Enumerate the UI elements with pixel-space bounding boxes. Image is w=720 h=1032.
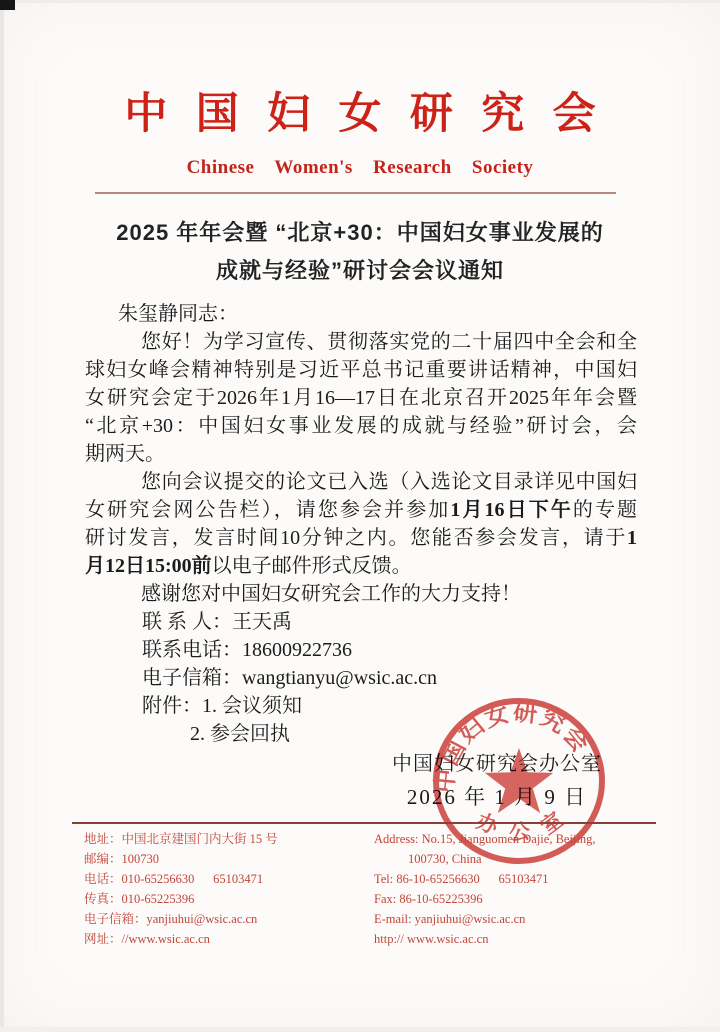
footer-postcode-cn: 邮编：100730 — [84, 849, 362, 869]
text-segment: 女研究会定于2026年1月16—17日在北京召开2025年年会暨 — [85, 387, 637, 409]
body-line-3: 女研究会定于2026年1月16—17日在北京召开2025年年会暨 — [85, 384, 637, 412]
footer-address-en-2: 100730, China — [374, 849, 596, 869]
text-segment: 2. 参会回执 — [190, 723, 290, 745]
body-line-7: 女研究会网公告栏），请您参会并参加1月16日下午的专题 — [85, 496, 637, 524]
document-page: 中国妇女研究会 Chinese Women's Research Society… — [0, 0, 720, 1032]
footer-phone-cn: 电话：010-65256630 65103471 — [84, 869, 362, 889]
footer-website-en: http:// www.wsic.ac.cn — [374, 929, 596, 949]
text-segment: 期两天。 — [85, 443, 165, 465]
photo-edge-top — [0, 0, 720, 3]
footer-left-column: 地址：中国北京建国门内大街 15 号 邮编：100730 电话：010-6525… — [84, 829, 362, 949]
body-line-9: 月12日15:00前以电子邮件形式反馈。 — [85, 552, 637, 580]
text-segment: 感谢您对中国妇女研究会工作的大力支持！ — [141, 583, 521, 605]
letterhead-rule — [95, 192, 616, 194]
text-segment: 朱玺静同志： — [118, 303, 238, 325]
body-line-2: 球妇女峰会精神特别是习近平总书记重要讲话精神，中国妇 — [85, 356, 637, 384]
contact-phone-line: 联系电话：18600922736 — [85, 636, 637, 664]
text-segment: 联系电话：18600922736 — [142, 639, 352, 661]
salutation: 朱玺静同志： — [85, 300, 637, 328]
body-line-6: 您向会议提交的论文已入选（入选论文目录详见中国妇 — [85, 468, 637, 496]
text-segment: 研讨发言，发言时间10分钟之内。您能否参会发言，请于 — [85, 527, 627, 549]
text-segment: 以电子邮件形式反馈。 — [212, 555, 412, 577]
bold-date-segment: 1 — [627, 527, 637, 549]
notice-body: 朱玺静同志： 您好！为学习宣传、贯彻落实党的二十届四中全会和全 球妇女峰会精神特… — [85, 300, 637, 748]
footer-website-cn: 网址：//www.wsic.ac.cn — [84, 929, 362, 949]
text-segment: 您好！为学习宣传、贯彻落实党的二十届四中全会和全 — [141, 331, 637, 353]
contact-person-line: 联 系 人：王天禹 — [85, 608, 637, 636]
footer-right-column: Address: No.15, Jianguomen Dajie, Beijin… — [374, 829, 596, 949]
thanks-line: 感谢您对中国妇女研究会工作的大力支持！ — [85, 580, 637, 608]
notice-title-line1: 2025 年年会暨 “北京+30：中国妇女事业发展的 — [0, 214, 720, 252]
body-line-8: 研讨发言，发言时间10分钟之内。您能否参会发言，请于1 — [85, 524, 637, 552]
letterhead-footer: 地址：中国北京建国门内大街 15 号 邮编：100730 电话：010-6525… — [0, 822, 720, 949]
contact-email-line: 电子信箱：wangtianyu@wsic.ac.cn — [85, 664, 637, 692]
footer-address-en: Address: No.15, Jianguomen Dajie, Beijin… — [374, 829, 596, 849]
bold-date-segment: 1月16日下午 — [450, 499, 572, 521]
org-title-english: Chinese Women's Research Society — [0, 156, 720, 180]
star-icon — [485, 748, 553, 813]
footer-email-cn: 电子信箱：yanjiuhui@wsic.ac.cn — [84, 909, 362, 929]
footer-address-cn: 地址：中国北京建国门内大街 15 号 — [84, 829, 362, 849]
text-segment: 电子信箱：wangtianyu@wsic.ac.cn — [142, 667, 437, 689]
text-segment: 附件：1. 会议须知 — [142, 695, 302, 717]
photo-corner-mark — [0, 0, 15, 10]
body-line-4: “北京+30：中国妇女事业发展的成就与经验”研讨会，会 — [85, 412, 637, 440]
text-segment: 联 系 人：王天禹 — [142, 611, 292, 633]
notice-title: 2025 年年会暨 “北京+30：中国妇女事业发展的 成就与经验”研讨会会议通知 — [0, 214, 720, 290]
bold-date-segment: 月12日15:00前 — [85, 555, 212, 577]
footer-fax-en: Fax: 86-10-65225396 — [374, 889, 596, 909]
text-segment: 女研究会网公告栏），请您参会并参加 — [85, 499, 450, 521]
text-segment: 您向会议提交的论文已入选（入选论文目录详见中国妇 — [141, 471, 637, 493]
text-segment: 球妇女峰会精神特别是习近平总书记重要讲话精神，中国妇 — [85, 359, 637, 381]
body-line-1: 您好！为学习宣传、贯彻落实党的二十届四中全会和全 — [85, 328, 637, 356]
footer-email-en: E-mail: yanjiuhui@wsic.ac.cn — [374, 909, 596, 929]
body-line-5: 期两天。 — [85, 440, 637, 468]
photo-edge-bottom — [0, 1027, 720, 1032]
text-segment: “北京+30：中国妇女事业发展的成就与经验”研讨会，会 — [85, 415, 637, 437]
footer-tel-en: Tel: 86-10-65256630 65103471 — [374, 869, 596, 889]
footer-rule — [72, 822, 656, 824]
footer-fax-cn: 传真：010-65225396 — [84, 889, 362, 909]
text-segment: 的专题 — [573, 499, 637, 521]
org-title-chinese: 中国妇女研究会 — [0, 88, 720, 142]
notice-title-line2: 成就与经验”研讨会会议通知 — [0, 252, 720, 290]
